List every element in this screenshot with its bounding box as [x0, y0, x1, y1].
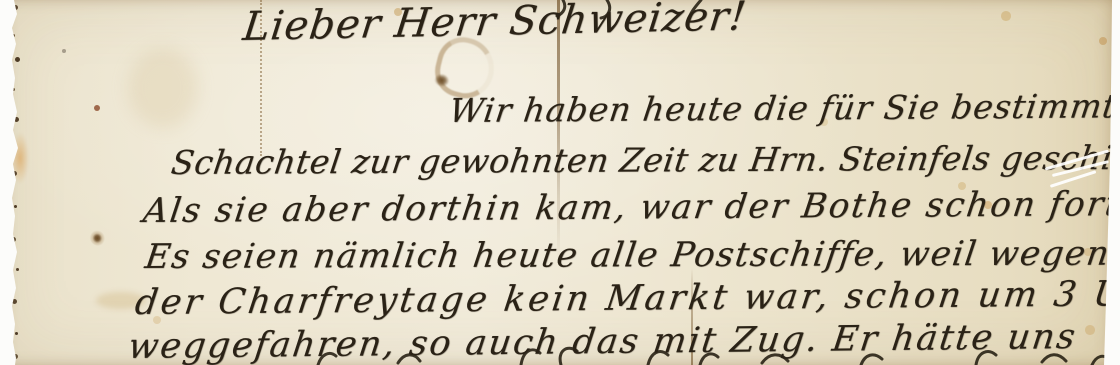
handwriting-line-7: weggefahren, so auch das mit Zug. Er hät… — [126, 317, 1079, 365]
handwriting-line-2: Wir haben heute die für Sie bestimmte — [447, 87, 1120, 130]
torn-edge-specks — [0, 0, 3, 3]
orange-edge-stain — [11, 132, 29, 184]
brown-spot-stain — [86, 224, 108, 248]
handwriting-line-5: Es seien nämlich heute alle Postschiffe,… — [143, 235, 1113, 277]
salutation-line: Lieber Herr Schweizer! — [240, 0, 749, 50]
handwriting-line-3: Schachtel zur gewohnten Zeit zu Hrn. Ste… — [169, 139, 1120, 182]
handwriting-line-6: der Charfreytage kein Markt war, schon u… — [133, 274, 1120, 323]
handwriting-line-4: Als sie aber dorthin kam, war der Bothe … — [141, 185, 1120, 231]
ink-smudge-blob — [433, 72, 451, 88]
letter-paper: Lieber Herr Schweizer! Wir haben heute d… — [0, 0, 1120, 365]
letter-scan: Lieber Herr Schweizer! Wir haben heute d… — [0, 0, 1120, 365]
soft-discoloration — [128, 48, 198, 128]
foxing-spots — [0, 0, 4, 4]
